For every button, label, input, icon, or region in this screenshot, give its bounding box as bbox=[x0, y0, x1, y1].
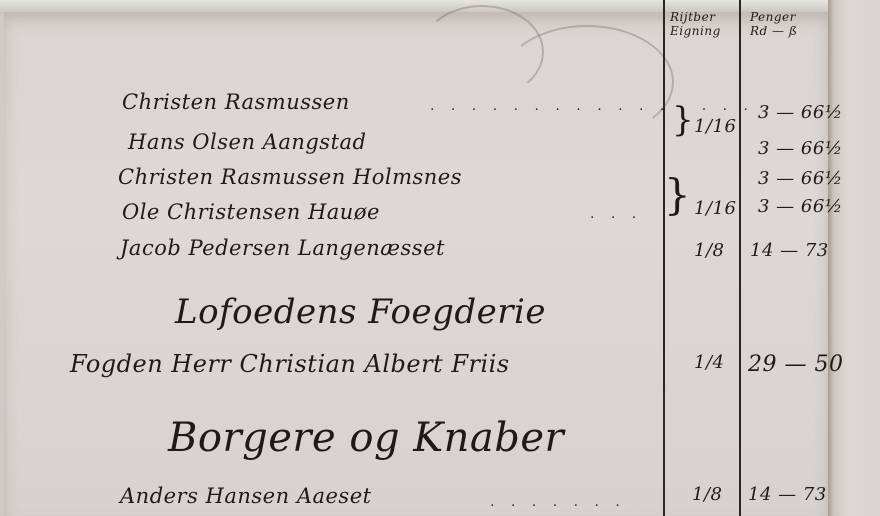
bleed-through-flourish bbox=[420, 5, 544, 99]
leader-dots: . . . . . . . bbox=[490, 494, 626, 510]
entry-amount: 14 — 73 bbox=[750, 240, 829, 261]
entry-amount: 14 — 73 bbox=[748, 484, 827, 505]
section-title: Lofoedens Foegderie bbox=[175, 292, 546, 332]
bracket: } bbox=[664, 170, 691, 219]
entry-amount: 29 — 50 bbox=[748, 352, 843, 377]
entry-share: 1/8 bbox=[694, 240, 724, 261]
entry-name: Ole Christensen Hauøe bbox=[122, 200, 380, 224]
entry-name: Hans Olsen Aangstad bbox=[128, 130, 366, 154]
section-title: Borgere og Knaber bbox=[168, 415, 564, 461]
column-rule-1 bbox=[663, 0, 665, 516]
column-rule-2 bbox=[739, 0, 741, 516]
leader-dots: . . . bbox=[590, 206, 642, 222]
entry-amount: 3 — 66½ bbox=[758, 196, 843, 217]
entry-share: 1/4 bbox=[694, 352, 724, 373]
leader-dots: . . . . . . . . . . . . . . . . . bbox=[430, 98, 775, 114]
entry-name: Anders Hansen Aaeset bbox=[120, 484, 372, 508]
entry-name: Fogden Herr Christian Albert Friis bbox=[70, 350, 510, 378]
entry-share: 1/16 bbox=[694, 116, 736, 137]
facing-page-edge bbox=[828, 0, 880, 516]
entry-name: Jacob Pedersen Langenæsset bbox=[120, 236, 445, 260]
entry-name: Christen Rasmussen bbox=[122, 90, 350, 114]
entry-share: 1/16 bbox=[694, 198, 736, 219]
entry-amount: 3 — 66½ bbox=[758, 138, 843, 159]
column-header-amount: Penger Rd — ß bbox=[750, 10, 824, 38]
entry-share: 1/8 bbox=[692, 484, 722, 505]
entry-name: Christen Rasmussen Holmsnes bbox=[118, 165, 462, 189]
entry-amount: 3 — 66½ bbox=[758, 102, 843, 123]
entry-amount: 3 — 66½ bbox=[758, 168, 843, 189]
column-header-share: Rijtber Eigning bbox=[670, 10, 736, 38]
bracket: } bbox=[672, 100, 694, 140]
